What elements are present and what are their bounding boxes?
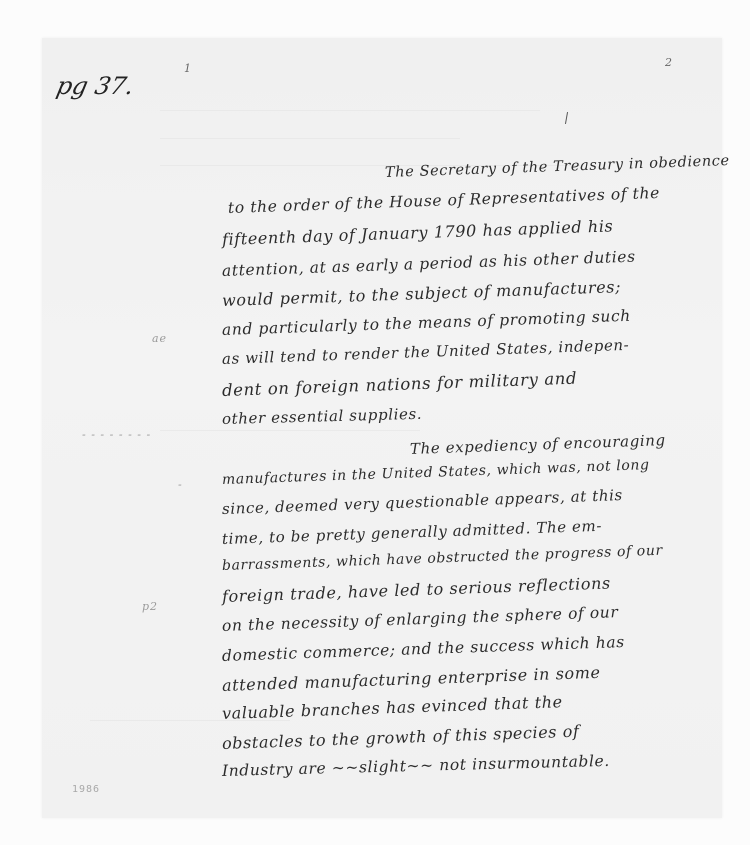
page-mark-left: 1 bbox=[184, 62, 191, 75]
bleed-through-line bbox=[160, 430, 420, 431]
document-scan: pg 37. 1 2 ae - - - - - - - - - p2 1986 … bbox=[0, 0, 750, 845]
page-mark-right: 2 bbox=[665, 56, 672, 69]
folio-reference: pg 37. bbox=[54, 72, 136, 100]
margin-mark: - bbox=[178, 478, 183, 491]
margin-mark: p2 bbox=[142, 600, 158, 613]
bleed-through-line bbox=[160, 138, 460, 139]
margin-mark: ae bbox=[152, 332, 167, 345]
archive-stamp-number: 1986 bbox=[72, 784, 100, 795]
margin-mark: - - - - - - - - bbox=[82, 428, 151, 441]
bleed-through-line bbox=[160, 110, 540, 111]
